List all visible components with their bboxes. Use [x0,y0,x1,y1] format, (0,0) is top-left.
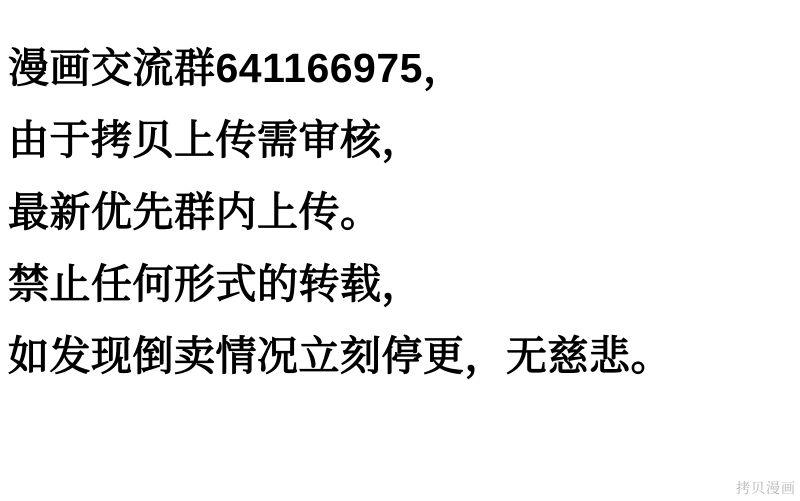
notice-page: 漫画交流群641166975， 由于拷贝上传需审核， 最新优先群内上传。 禁止任… [0,0,800,501]
notice-line-3: 最新优先群内上传。 [8,176,792,248]
notice-line-4: 禁止任何形式的转载， [8,248,792,320]
notice-text-block: 漫画交流群641166975， 由于拷贝上传需审核， 最新优先群内上传。 禁止任… [8,32,792,392]
notice-line-2: 由于拷贝上传需审核， [8,104,792,176]
site-watermark: 拷贝漫画 [736,481,796,495]
notice-line-1: 漫画交流群641166975， [8,32,792,104]
notice-line-5: 如发现倒卖情况立刻停更，无慈悲。 [8,320,792,392]
